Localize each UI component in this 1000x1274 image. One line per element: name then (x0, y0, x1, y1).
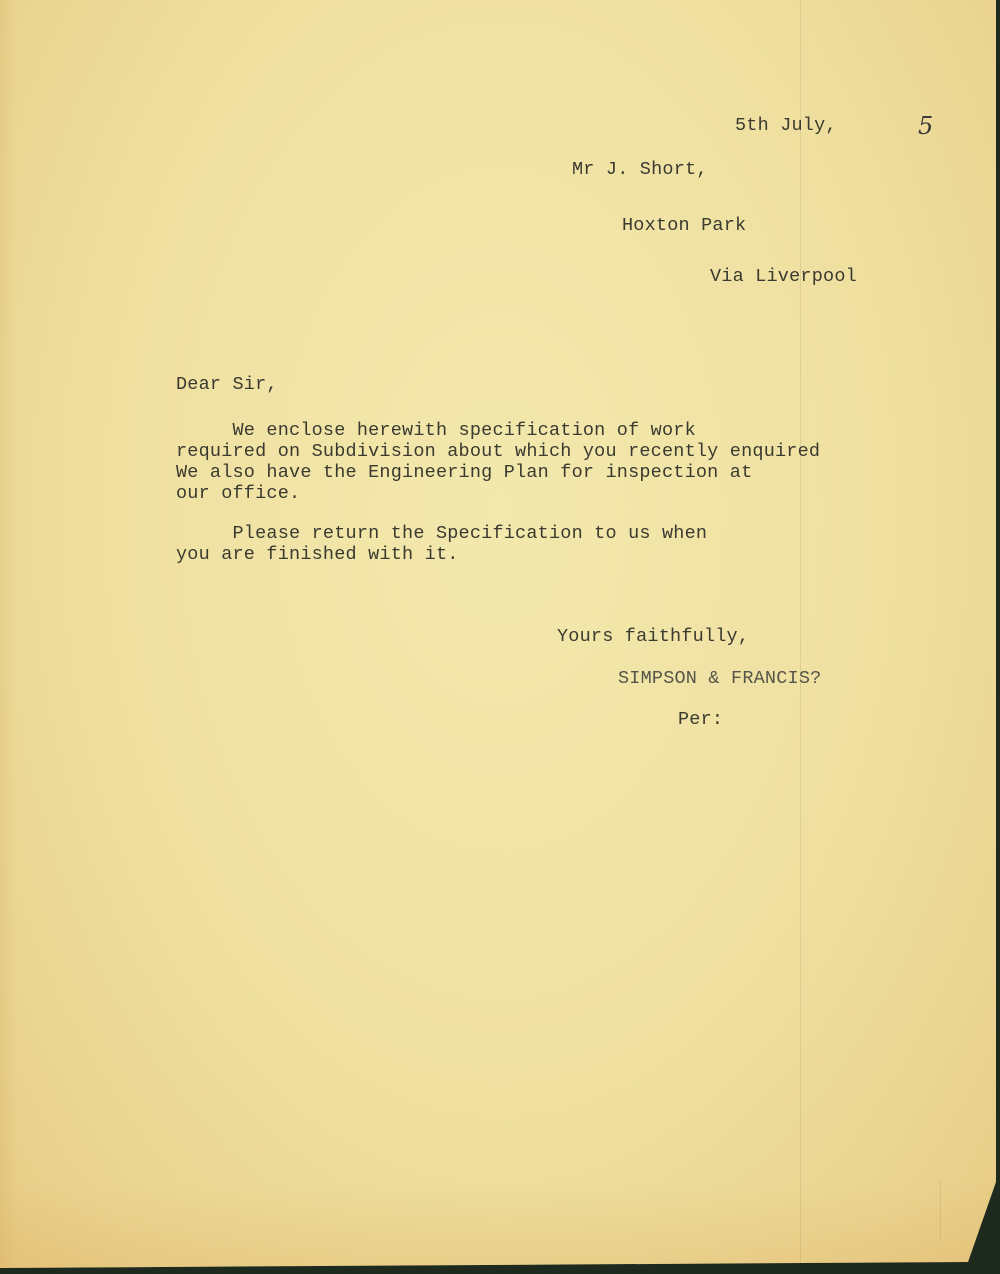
paper-crease (800, 0, 801, 1274)
recipient-name: Mr J. Short, (572, 160, 708, 180)
signatory: SIMPSON & FRANCIS? (618, 669, 821, 689)
body-paragraph-2-line-1: Please return the Specification to us wh… (176, 524, 707, 544)
recipient-address-line-1: Hoxton Park (622, 216, 746, 236)
body-paragraph-1-line-4: our office. (176, 484, 300, 504)
body-paragraph-1-line-1: We enclose herewith specification of wor… (176, 421, 696, 441)
paper-tear (940, 1180, 941, 1240)
body-paragraph-2-line-2: you are finished with it. (176, 545, 459, 565)
closing: Yours faithfully, (557, 627, 749, 647)
page-number: 5 (918, 112, 933, 140)
recipient-address-line-2: Via Liverpool (710, 267, 857, 287)
letter-date: 5th July, (735, 116, 837, 136)
letter-page: 5 5th July, Mr J. Short, Hoxton Park Via… (0, 0, 1000, 1274)
body-paragraph-1-line-2: required on Subdivision about which you … (176, 442, 820, 462)
salutation: Dear Sir, (176, 375, 278, 395)
per-label: Per: (678, 710, 723, 730)
body-paragraph-1-line-3: We also have the Engineering Plan for in… (176, 463, 752, 483)
